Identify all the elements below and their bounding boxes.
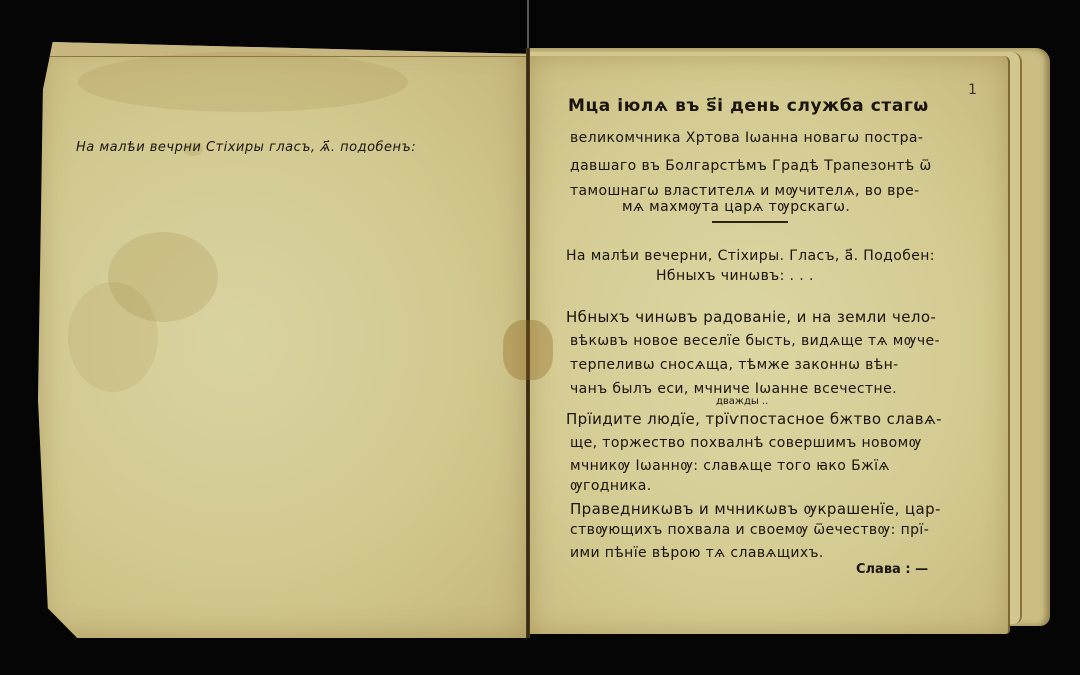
section-heading: Нбныхъ чинѡвъ: . . . <box>656 268 814 284</box>
title-divider <box>712 221 788 223</box>
sticheron-line: Праведникѡвъ и мчникѡвъ ѹкрашенїе, цар- <box>570 500 941 518</box>
title-line: мѧ махмѹта царѧ тѹрскагѡ. <box>622 199 850 215</box>
closing-glory: Слава : — <box>856 562 928 577</box>
sticheron-line: ѹгодника. <box>570 478 652 494</box>
page-number: 1 <box>968 82 977 98</box>
sticheron-line: терпеливѡ сносѧща, тѣмже законнѡ вѣн- <box>570 357 899 373</box>
scanner-seam <box>527 0 529 48</box>
water-stain <box>78 52 408 112</box>
sticheron-line: мчникѹ Іѡаннѹ: славѧще того ꙗко Бжїѧ <box>570 458 890 474</box>
sticheron-line: ще, торжество похвалнѣ совершимъ новомѹ <box>570 435 922 451</box>
open-manuscript-book: На малѣи вечрни Стіхиры гласъ, ѧ҃. подоб… <box>0 0 1080 675</box>
left-page <box>38 42 528 638</box>
sticheron-line: Прїидите людїе, трїѵпостасное бжтво слав… <box>566 410 942 428</box>
sticheron-annotation: дважды .. <box>716 396 768 407</box>
sticheron-line: Нбныхъ чинѡвъ радованіе, и на земли чело… <box>566 308 936 326</box>
sticheron-line: вѣкѡвъ новое веселїе бысть, видѧще тѧ мѹ… <box>570 333 940 349</box>
title-line: Мца іюлѧ въ ѕ҃і день служба стагѡ <box>568 96 929 116</box>
sticheron-line: ствѹющихъ похвала и своемѹ ѿечествѹ: прї… <box>570 522 929 538</box>
section-heading: На малѣи вечерни, Стіхиры. Гласъ, а҃. По… <box>566 248 935 264</box>
water-stain <box>68 282 158 392</box>
sticheron-line: чанъ былъ еси, мчниче Іѡанне всечестне. <box>570 381 897 397</box>
left-page-heading: На малѣи вечрни Стіхиры гласъ, ѧ҃. подоб… <box>76 140 416 155</box>
title-line: великомчника Хртова Іѡанна новагѡ постра… <box>570 130 923 146</box>
title-line: тамошнагѡ властителѧ и мѹчителѧ, во вре- <box>570 183 920 199</box>
gutter-stain <box>503 320 553 380</box>
sticheron-line: ими пѣнїе вѣрою тѧ славѧщихъ. <box>570 545 824 561</box>
title-line: давшаго въ Болгарстѣмъ Градѣ Трапезонтѣ … <box>570 158 932 174</box>
